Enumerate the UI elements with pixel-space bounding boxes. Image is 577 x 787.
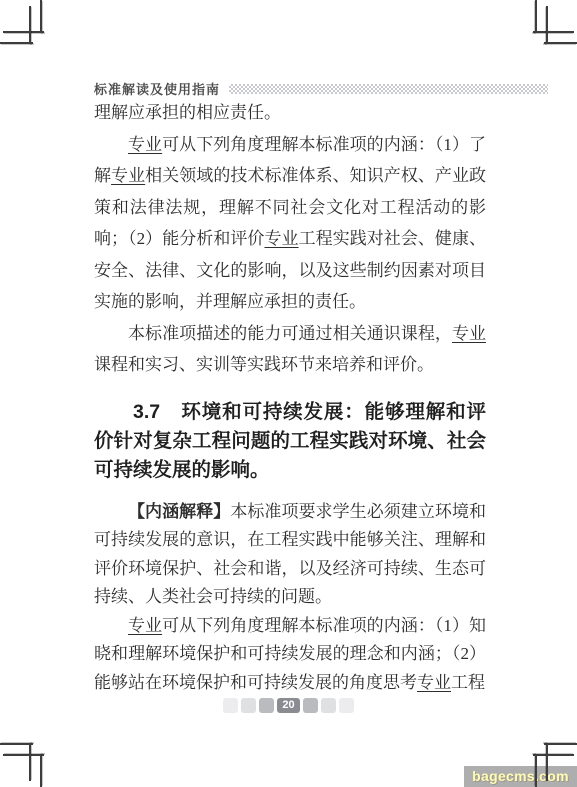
- section-heading: 3.7 环境和可持续发展：能够理解和评价针对复杂工程问题的工程实践对环境、社会可…: [94, 398, 486, 485]
- page-header: 标准解读及使用指南: [94, 79, 548, 98]
- text-run: 3.7 环境和可持续发展：能够理解和评价针对复杂工程问题的工程实践对环境、社会可…: [94, 401, 486, 481]
- watermark-label: bagecms.com: [464, 766, 577, 787]
- paragraph: 【内涵解释】本标准项要求学生必须建立环境和可持续发展的意识，在工程实践中能够关注…: [94, 498, 486, 612]
- text-run: 理解应承担的相应责任。: [94, 103, 281, 122]
- pagination-square: [241, 698, 256, 713]
- underlined-term: 专业: [417, 673, 451, 692]
- paragraph: 专业可从下列角度理解本标准项的内涵：（1）知晓和理解环境保护和可持续发展的理念和…: [94, 612, 486, 698]
- page-number-badge: 20: [277, 698, 300, 713]
- underlined-term: 专业: [111, 166, 145, 185]
- corner-mark-top-right: [529, 0, 577, 48]
- text-run: 工程: [451, 673, 485, 692]
- underlined-term: 专业: [128, 616, 162, 635]
- body-text: 理解应承担的相应责任。专业可从下列角度理解本标准项的内涵：（1）了解专业相关领域…: [94, 97, 486, 697]
- pagination-square: [223, 698, 238, 713]
- corner-mark-top-left: [0, 0, 48, 48]
- book-page: 标准解读及使用指南 理解应承担的相应责任。专业可从下列角度理解本标准项的内涵：（…: [0, 0, 577, 787]
- underlined-term: 专业: [128, 135, 162, 154]
- underlined-term: 专业: [264, 229, 298, 248]
- pagination-square: [321, 698, 336, 713]
- corner-mark-bottom-left: [0, 739, 48, 787]
- header-title: 标准解读及使用指南: [94, 79, 220, 98]
- text-run: 课程和实习、实训等实践环节来培养和评价。: [94, 355, 434, 374]
- text-run: 本标准项描述的能力可通过相关通识课程，: [128, 324, 452, 343]
- paragraph: 专业可从下列角度理解本标准项的内涵：（1）了解专业相关领域的技术标准体系、知识产…: [94, 129, 486, 318]
- underlined-term: 专业: [452, 324, 486, 343]
- pagination-square: [259, 698, 274, 713]
- text-run: 【内涵解释】: [128, 502, 230, 521]
- paragraph: 本标准项描述的能力可通过相关通识课程，专业课程和实习、实训等实践环节来培养和评价…: [94, 318, 486, 381]
- header-hatch-band: [229, 84, 548, 94]
- pagination-square: [303, 698, 318, 713]
- paragraph: 理解应承担的相应责任。: [94, 97, 486, 129]
- pagination-square: [339, 698, 354, 713]
- pagination: 20: [0, 698, 577, 713]
